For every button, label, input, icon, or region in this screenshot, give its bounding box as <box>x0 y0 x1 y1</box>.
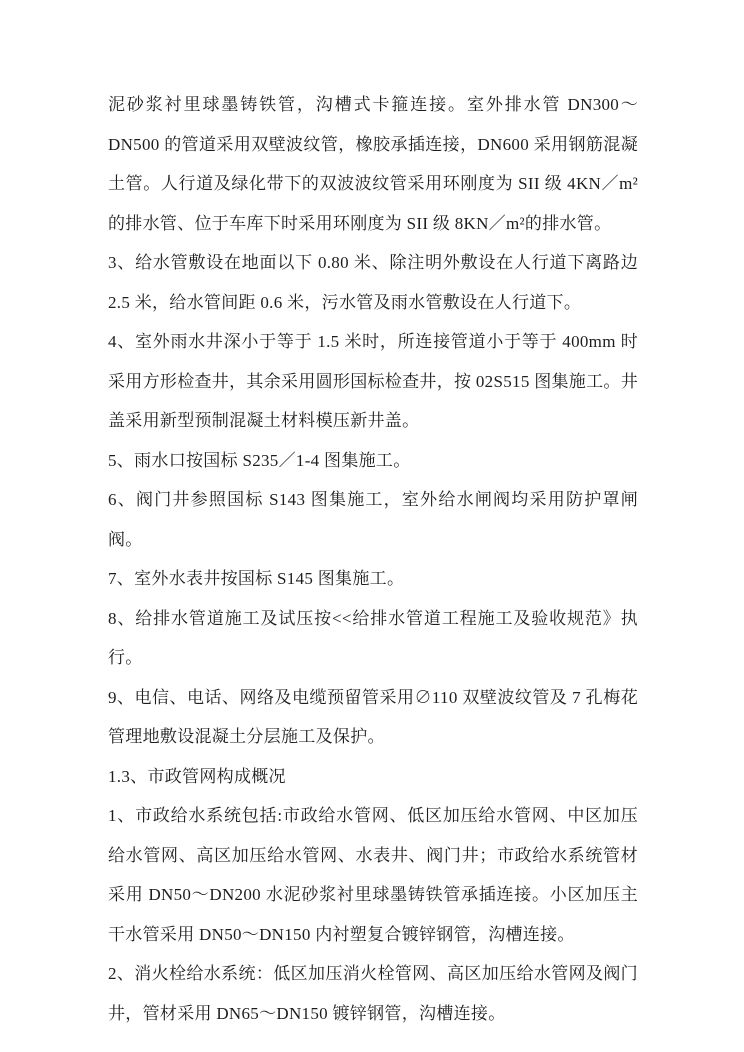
section-heading-municipal-network-overview: 1.3、市政管网构成概况 <box>108 757 638 797</box>
paragraph-item-6-valve-wells: 6、阀门井参照国标 S143 图集施工，室外给水闸阀均采用防护罩闸阀。 <box>108 480 638 559</box>
paragraph-item-8-construction-codes: 8、给排水管道施工及试压按<<给排水管道工程施工及验收规范》执行。 <box>108 599 638 678</box>
paragraph-item-9-telecom-conduits: 9、电信、电话、网络及电缆预留管采用∅110 双壁波纹管及 7 孔梅花管理地敷设… <box>108 678 638 757</box>
document-text-block: 泥砂浆衬里球墨铸铁管，沟槽式卡箍连接。室外排水管 DN300～DN500 的管道… <box>108 85 638 1033</box>
paragraph-item-7-water-meter-wells: 7、室外水表井按国标 S145 图集施工。 <box>108 559 638 599</box>
paragraph-item-2-fire-hydrant-system: 2、消火栓给水系统：低区加压消火栓管网、高区加压给水管网及阀门井，管材采用 DN… <box>108 954 638 1033</box>
paragraph-item-1-municipal-water-supply-system: 1、市政给水系统包括:市政给水管网、低区加压给水管网、中区加压给水管网、高区加压… <box>108 796 638 954</box>
paragraph-pipe-connection-continuation: 泥砂浆衬里球墨铸铁管，沟槽式卡箍连接。室外排水管 DN300～DN500 的管道… <box>108 85 638 243</box>
paragraph-item-3-water-pipe-laying: 3、给水管敷设在地面以下 0.80 米、除注明外敷设在人行道下离路边 2.5 米… <box>108 243 638 322</box>
paragraph-item-5-rain-inlets: 5、雨水口按国标 S235／1-4 图集施工。 <box>108 441 638 481</box>
paragraph-item-4-inspection-wells: 4、室外雨水井深小于等于 1.5 米时，所连接管道小于等于 400mm 时采用方… <box>108 322 638 441</box>
document-page: 泥砂浆衬里球墨铸铁管，沟槽式卡箍连接。室外排水管 DN300～DN500 的管道… <box>0 0 744 1052</box>
